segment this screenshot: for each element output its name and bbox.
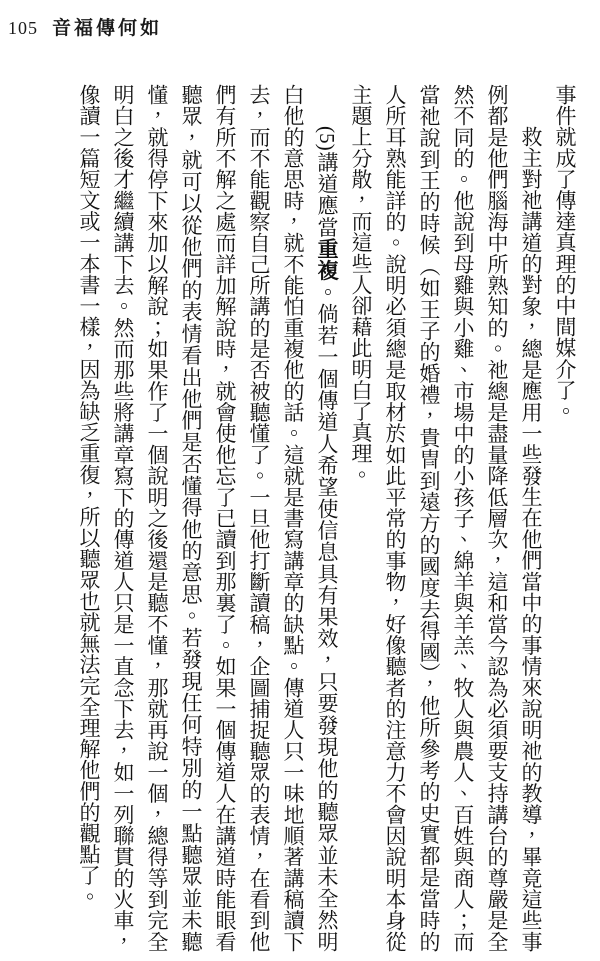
running-title: 音福傳何如: [52, 13, 162, 40]
page-number: 105: [8, 18, 38, 39]
book-page: 105 音福傳何如 事件就成了傳達真理的中間媒介了。救主對祂講道的對象，總是應用…: [0, 0, 600, 961]
body-text-run: (5)講道應當: [315, 126, 339, 238]
body-text-run: 救主對祂講道的對象，總是應用一些發生在他們當中的事情來說明祂的教導，畢竟這些事例…: [349, 84, 543, 952]
paragraph: 救主對祂講道的對象，總是應用一些發生在他們當中的事情來說明祂的教導，畢竟這些事例…: [344, 84, 548, 952]
emphasized-text: 重複: [315, 238, 339, 281]
page-header: 105 音福傳何如: [8, 13, 162, 40]
body-text-run: 事件就成了傳達真理的中間媒介了。: [553, 84, 577, 422]
paragraph: (5)講道應當重複。倘若一個傳道人希望使信息具有果效，只要發現他的聽眾並未全然明…: [72, 84, 344, 952]
paragraph: 事件就成了傳達真理的中間媒介了。: [548, 84, 582, 952]
page-body: 事件就成了傳達真理的中間媒介了。救主對祂講道的對象，總是應用一些發生在他們當中的…: [34, 84, 582, 952]
body-text-run: 。倘若一個傳道人希望使信息具有果效，只要發現他的聽眾並未全然明白他的意思時，就不…: [77, 84, 339, 952]
